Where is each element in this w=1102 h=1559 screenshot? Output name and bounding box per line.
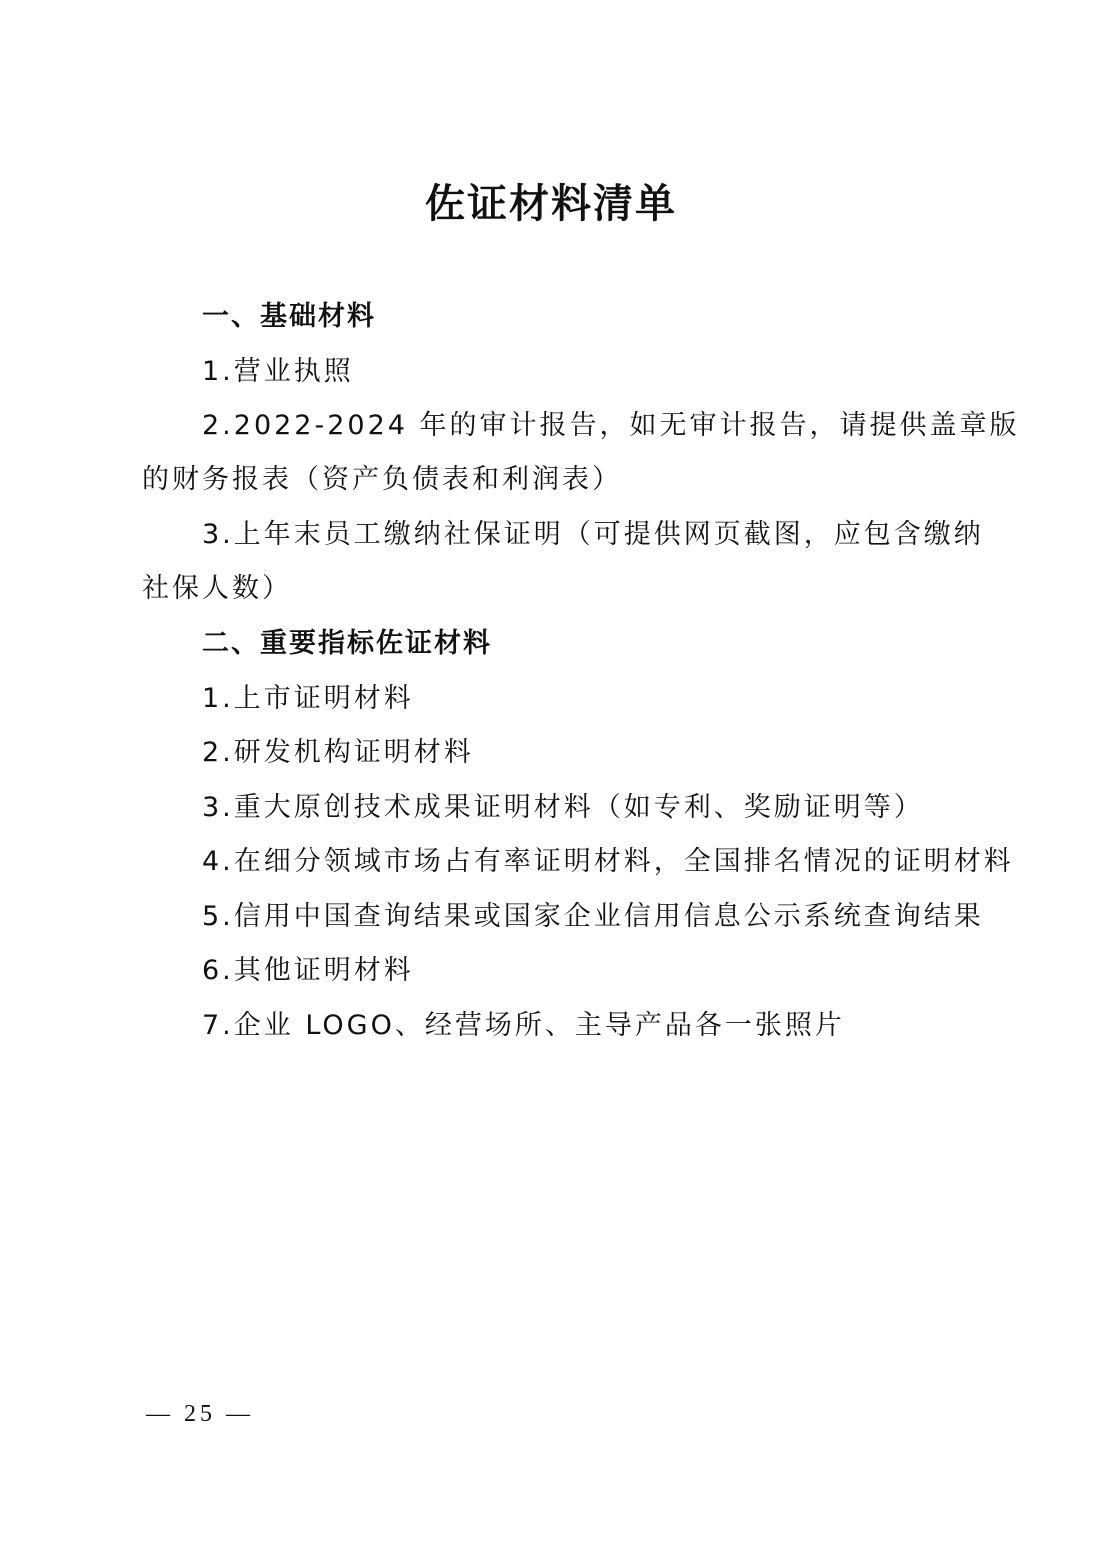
list-item: 4.在细分领域市场占有率证明材料，全国排名情况的证明材料	[142, 842, 1022, 882]
list-item-continuation: 的财务报表（资产负债表和利润表）	[142, 460, 962, 500]
section-heading-basic-materials: 一、基础材料	[142, 297, 1022, 337]
list-item: 6.其他证明材料	[142, 951, 1022, 991]
section-heading-key-indicators: 二、重要指标佐证材料	[142, 624, 1022, 664]
page-number: — 25 —	[146, 1398, 254, 1430]
document-title: 佐证材料清单	[0, 176, 1102, 232]
list-item-continuation: 社保人数）	[142, 569, 962, 609]
document-page: 佐证材料清单 一、基础材料 1.营业执照 2.2022-2024 年的审计报告，…	[0, 0, 1102, 1559]
list-item: 2.2022-2024 年的审计报告，如无审计报告，请提供盖章版	[142, 406, 1022, 446]
list-item: 2.研发机构证明材料	[142, 733, 1022, 773]
list-item: 1.上市证明材料	[142, 679, 1022, 719]
list-item: 3.上年末员工缴纳社保证明（可提供网页截图，应包含缴纳	[142, 515, 1022, 555]
list-item: 5.信用中国查询结果或国家企业信用信息公示系统查询结果	[142, 897, 1022, 937]
list-item: 7.企业 LOGO、经营场所、主导产品各一张照片	[142, 1006, 1022, 1046]
list-item: 3.重大原创技术成果证明材料（如专利、奖励证明等）	[142, 788, 1022, 828]
list-item: 1.营业执照	[142, 352, 1022, 392]
